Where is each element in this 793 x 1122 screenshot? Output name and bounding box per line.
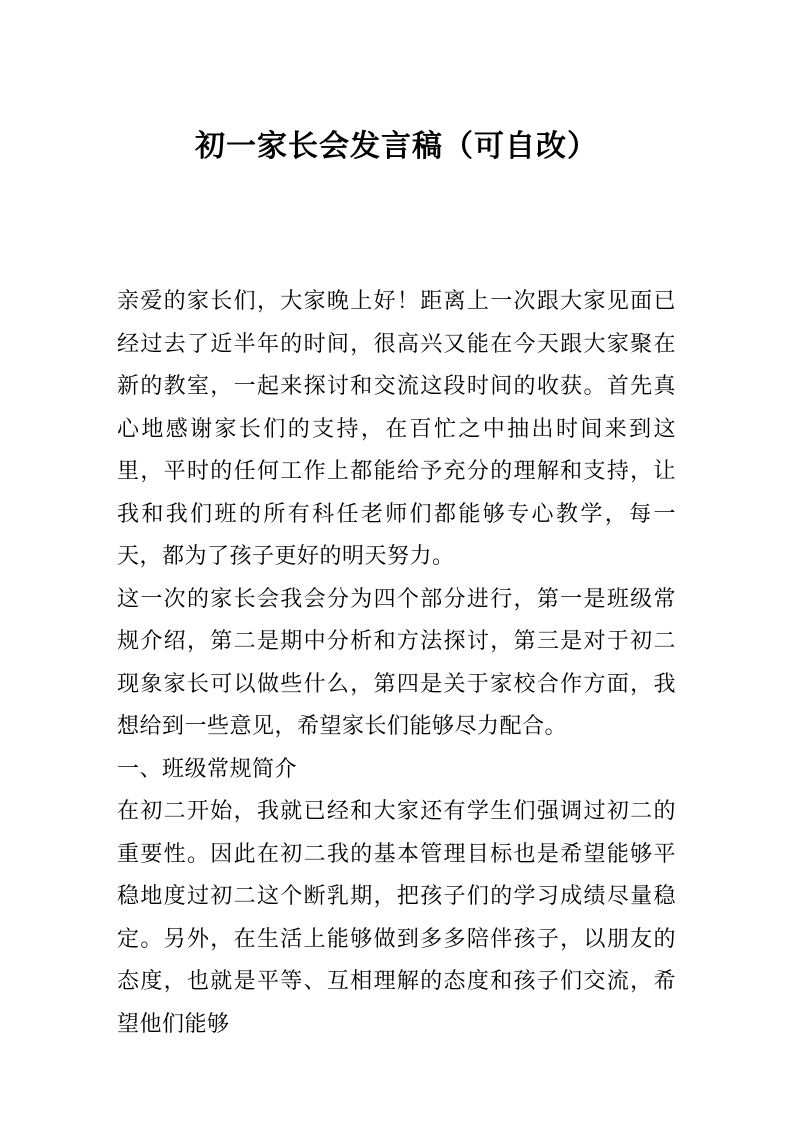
- section-heading: 一、班级常规简介: [117, 748, 676, 791]
- document-page: 初一家长会发言稿（可自改） 亲爱的家长们，大家晚上好！距离上一次跟大家见面已经过…: [0, 0, 793, 1122]
- document-title: 初一家长会发言稿（可自改）: [0, 0, 793, 166]
- document-body: 亲爱的家长们，大家晚上好！距离上一次跟大家见面已经过去了近半年的时间，很高兴又能…: [117, 166, 676, 1045]
- paragraph: 亲爱的家长们，大家晚上好！距离上一次跟大家见面已经过去了近半年的时间，很高兴又能…: [117, 280, 676, 578]
- paragraph: 在初二开始，我就已经和大家还有学生们强调过初二的重要性。因此在初二我的基本管理目…: [117, 790, 676, 1045]
- paragraph: 这一次的家长会我会分为四个部分进行，第一是班级常规介绍，第二是期中分析和方法探讨…: [117, 578, 676, 748]
